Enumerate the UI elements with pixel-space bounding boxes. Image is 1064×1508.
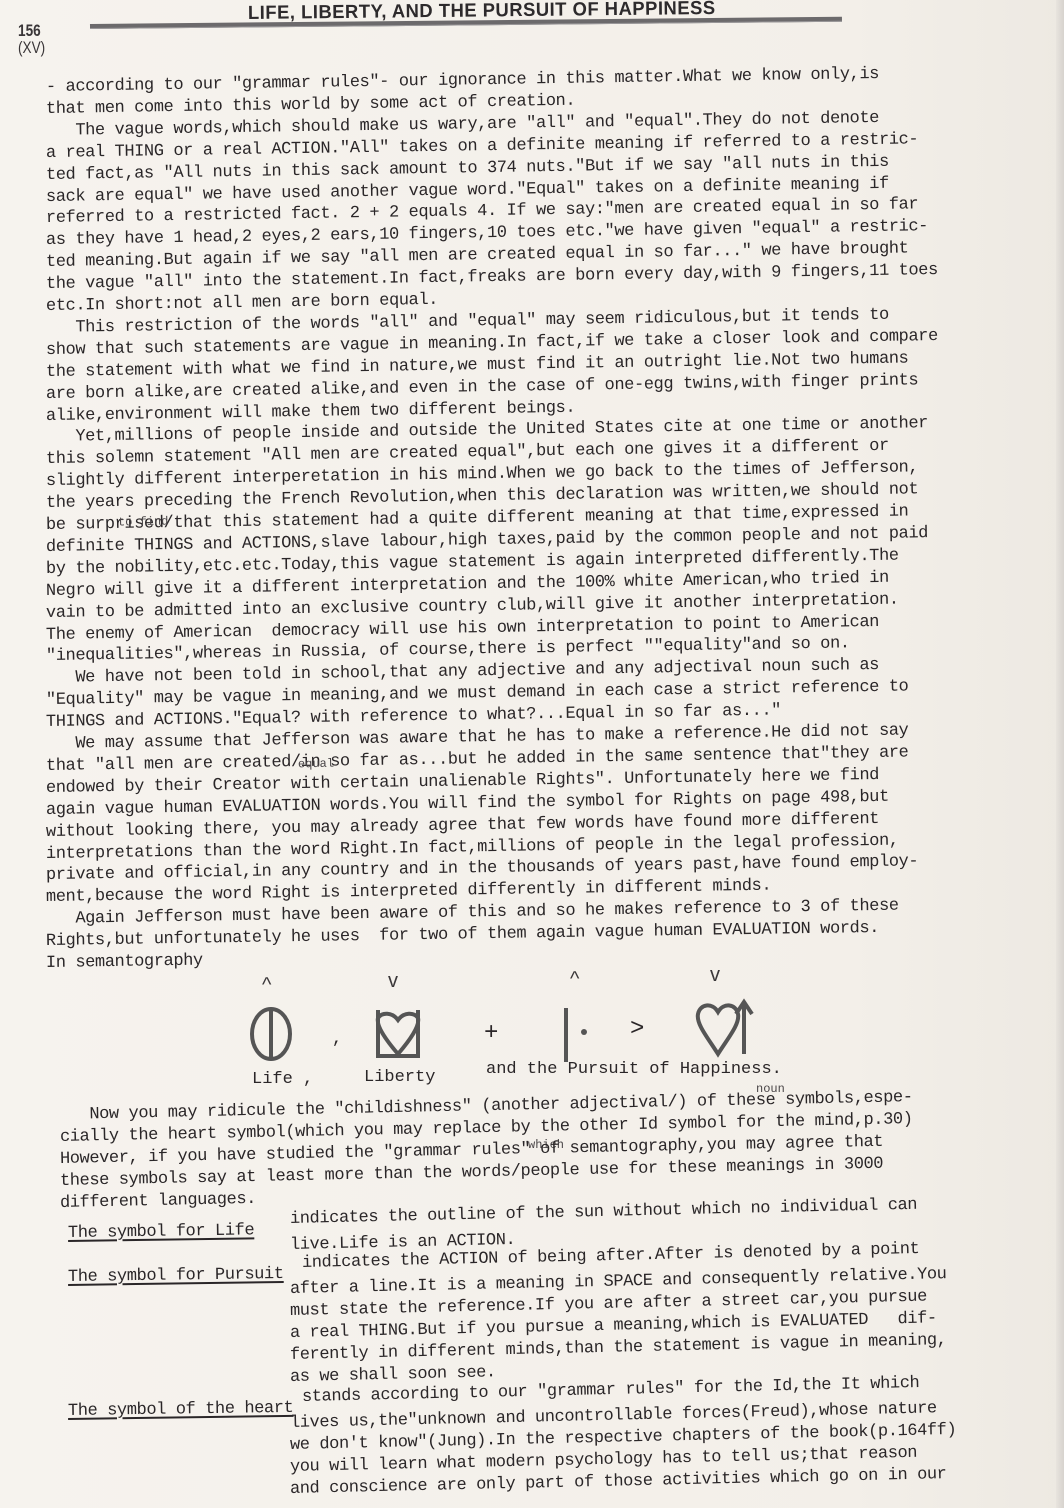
text-line: different languages. (60, 1190, 256, 1214)
caret-up-life: ^ (262, 974, 271, 997)
chapter-roman: (XV) (18, 39, 45, 56)
caret-down-happiness: v (710, 964, 720, 987)
plus-sign: + (484, 1020, 498, 1047)
caret-up-pursuit: ^ (570, 968, 579, 991)
definition-line: indicates the outline of the sun without… (290, 1196, 918, 1230)
caret-down-liberty: v (388, 970, 398, 993)
label-life: Life , (252, 1070, 313, 1089)
definition-term: The symbol for Life (68, 1221, 254, 1244)
interlinear-note-to-find: to find (118, 515, 169, 530)
comma-separator: , (332, 1030, 342, 1049)
semantography-symbols: ^ v ^ v , + > (240, 968, 860, 1088)
definition-term: The symbol for Pursuit (68, 1265, 284, 1288)
page-header: 156 (XV) LIFE, LIBERTY, AND THE PURSUIT … (12, 0, 912, 60)
scanned-page: 156 (XV) LIFE, LIBERTY, AND THE PURSUIT … (0, 0, 1064, 1508)
interlinear-note-equal: equal (298, 757, 334, 772)
label-pursuit-of-happiness: and the Pursuit of Happiness. (486, 1060, 782, 1079)
text-line: In semantography (46, 952, 203, 974)
happiness-heart-arrow-symbol-icon (692, 998, 756, 1062)
greater-than-sign: > (630, 1016, 644, 1043)
label-liberty: Liberty (364, 1068, 435, 1087)
page-number: 156 (XV) (18, 22, 45, 56)
liberty-heart-box-symbol-icon (374, 1008, 422, 1060)
life-sun-symbol-icon (248, 1006, 294, 1062)
page-edge-shadow (1056, 0, 1064, 1508)
definition-term: The symbol of the heart (68, 1399, 294, 1422)
pursuit-line-point-symbol-icon (562, 1006, 592, 1064)
